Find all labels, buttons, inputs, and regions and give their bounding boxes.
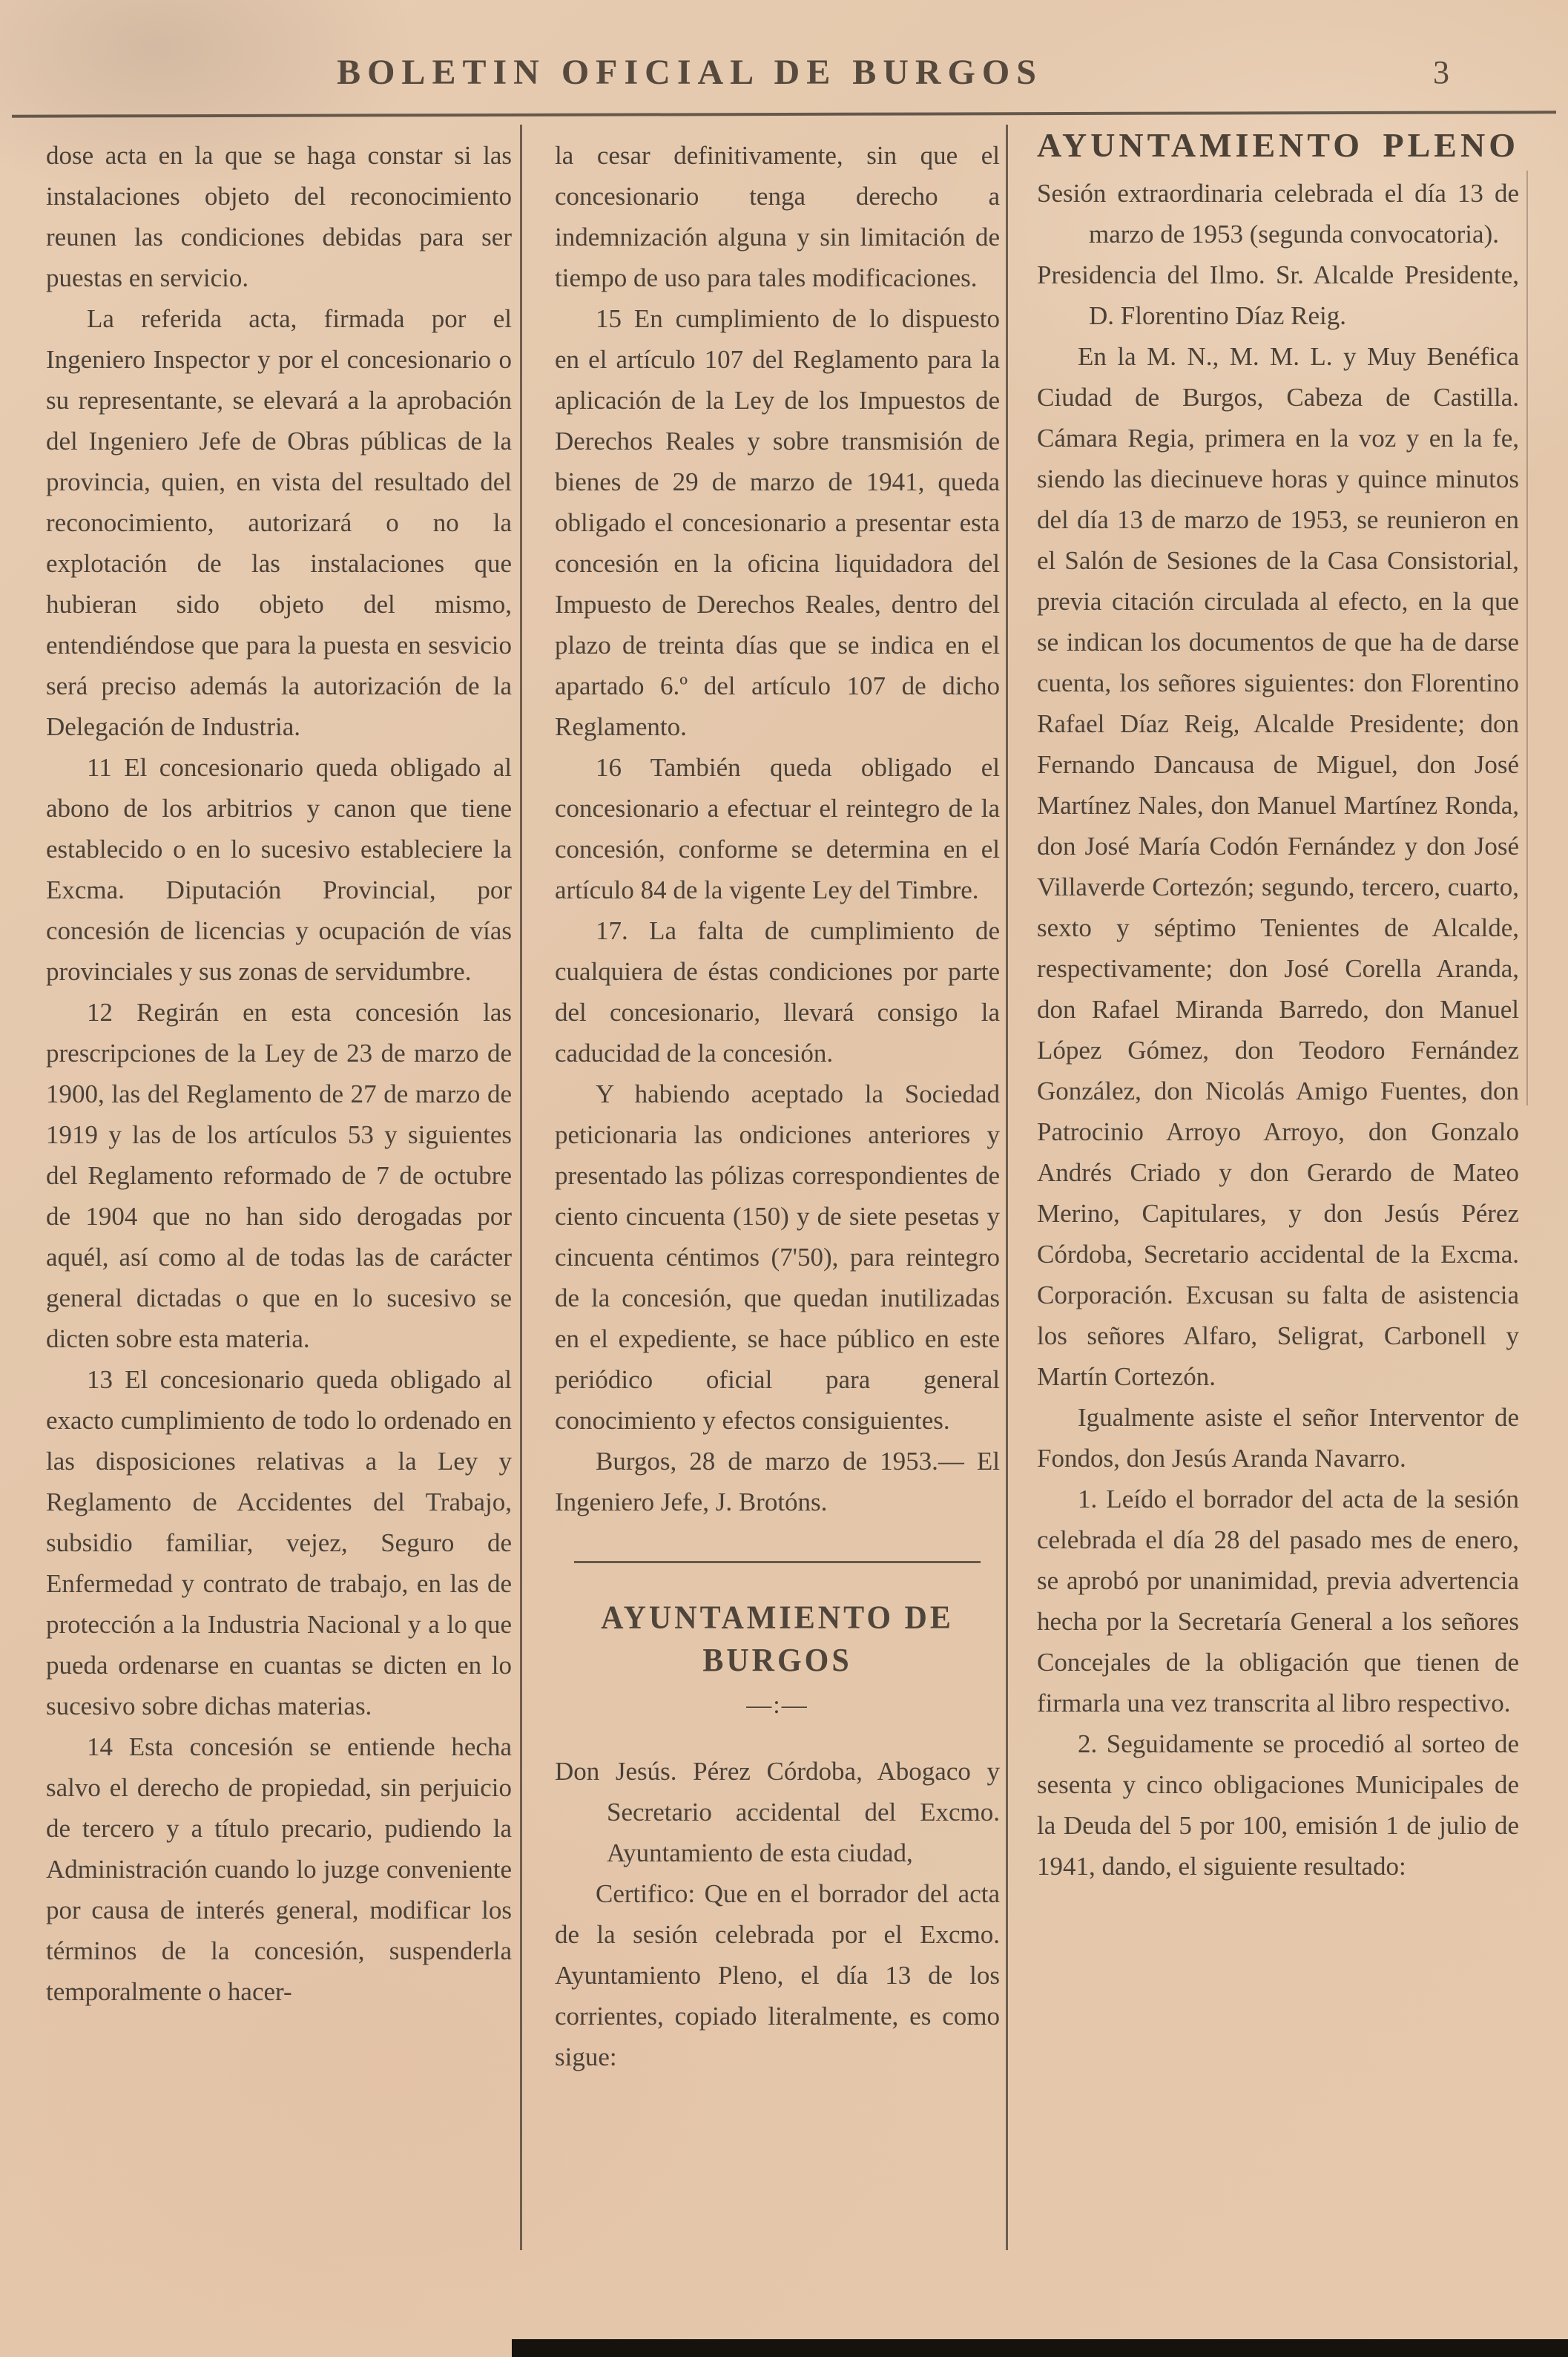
body-paragraph: Don Jesús. Pérez Córdoba, Abogaco y Secr… (555, 1751, 1000, 1873)
body-paragraph: dose acta en la que se haga constar si l… (46, 135, 512, 298)
article-heading: AYUNTAMIENTO PLENO (1037, 125, 1519, 165)
column-1: dose acta en la que se haga constar si l… (46, 135, 512, 2012)
body-paragraph: 13 El concesionario queda obligado al ex… (46, 1359, 512, 1726)
header-rule (12, 111, 1556, 117)
scan-edge-line (1526, 171, 1528, 1105)
gazette-page: BOLETIN OFICIAL DE BURGOS 3 dose acta en… (0, 0, 1568, 2357)
body-paragraph: la cesar definitivamente, sin que el con… (555, 135, 1000, 298)
body-paragraph: Sesión extraordinaria celebrada el día 1… (1037, 173, 1519, 254)
body-paragraph: Presidencia del Ilmo. Sr. Alcalde Presid… (1037, 254, 1519, 336)
body-paragraph: 1. Leído el borrador del acta de la sesi… (1037, 1479, 1519, 1723)
body-paragraph: 14 Esta concesión se entiende hecha salv… (46, 1726, 512, 2012)
body-paragraph: Y habiendo aceptado la Sociedad peticion… (555, 1074, 1000, 1441)
column-2: la cesar definitivamente, sin que el con… (555, 135, 1000, 2077)
section-heading: AYUNTAMIENTO DE BURGOS (555, 1597, 1000, 1683)
column-3: AYUNTAMIENTO PLENO Sesión extraordinaria… (1037, 125, 1519, 1887)
bottom-scan-bar (512, 2339, 1568, 2357)
body-paragraph: Certifico: Que en el borrador del acta d… (555, 1873, 1000, 2077)
body-paragraph: 12 Regirán en esta concesión las prescri… (46, 992, 512, 1359)
column-divider-2 (1006, 125, 1008, 2250)
section-divider-rule (574, 1561, 981, 1563)
signature-line: Burgos, 28 de marzo de 1953.— El Ingenie… (555, 1441, 1000, 1522)
masthead-title: BOLETIN OFICIAL DE BURGOS (0, 52, 1380, 93)
body-paragraph: 11 El concesionario queda obligado al ab… (46, 747, 512, 992)
body-paragraph: Igualmente asiste el señor Interventor d… (1037, 1397, 1519, 1479)
body-paragraph: 2. Seguidamente se procedió al sorteo de… (1037, 1723, 1519, 1887)
body-paragraph: 16 También queda obligado el concesionar… (555, 747, 1000, 910)
body-paragraph: 15 En cumplimiento de lo dispuesto en el… (555, 298, 1000, 747)
section-decoration: —:— (555, 1685, 1000, 1726)
body-paragraph: La referida acta, firmada por el Ingenie… (46, 298, 512, 747)
column-divider-1 (520, 125, 522, 2250)
body-paragraph: 17. La falta de cumplimiento de cualquie… (555, 910, 1000, 1074)
body-paragraph: En la M. N., M. M. L. y Muy Benéfica Ciu… (1037, 336, 1519, 1397)
page-number: 3 (1433, 53, 1449, 91)
